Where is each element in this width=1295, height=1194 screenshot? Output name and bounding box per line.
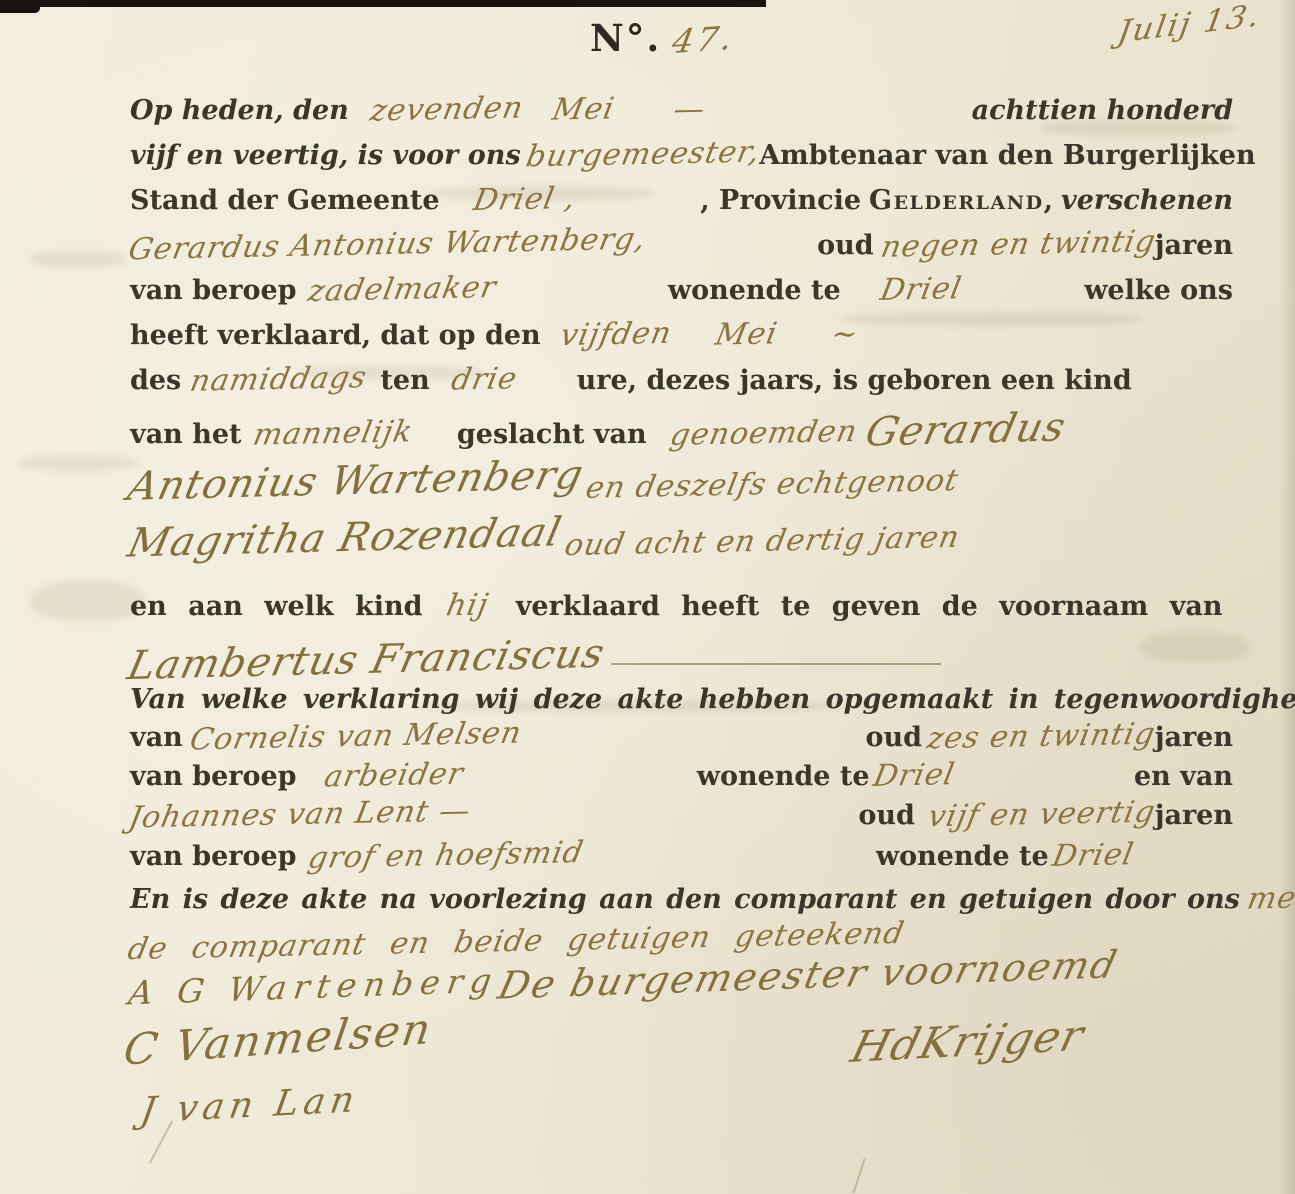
printed-text: en aan welk kind: [130, 591, 423, 622]
signature-registrar: HdKrijger: [846, 1011, 1089, 1073]
document-line: van beroepzadelmakerwonende teDrielwelke…: [130, 272, 1233, 317]
signature-witness-2: J van Lan: [138, 1079, 363, 1131]
signature-block: A G Wartenberg De burgemeester voornoemd…: [130, 965, 1255, 1191]
document-line: Antonius Wartenbergen deszelfs echtgenoo…: [130, 458, 1233, 503]
document-line: Lambertus Franciscus: [130, 637, 1233, 682]
handwritten-text: Driel ,: [470, 181, 579, 218]
printed-text: Stand der Gemeente: [130, 185, 440, 216]
bleed-through-mark: [30, 580, 145, 622]
handwritten-text: zes en twintig: [924, 717, 1158, 757]
bleed-through-mark: [30, 250, 125, 268]
document-line: Johannes van Lent —oudvijf en veertigjar…: [130, 797, 1233, 842]
document-line: Op heden, denzevendenMei—achttien honder…: [130, 92, 1233, 137]
handwritten-text: arbeider: [321, 757, 466, 795]
document-line: van hetmannelijkgeslacht vangenoemdenGer…: [130, 407, 1233, 452]
handwritten-text: Antonius Wartenberg: [123, 452, 588, 510]
printed-text: jaren: [1155, 230, 1233, 261]
bleed-through-mark: [18, 455, 138, 471]
printed-text: verklaard heeft te geven de voornaam van: [516, 591, 1223, 622]
document-body: Op heden, denzevendenMei—achttien honder…: [130, 78, 1233, 969]
handwritten-text: Driel: [870, 757, 957, 794]
printed-text: ,: [1044, 185, 1053, 216]
handwritten-text: Driel: [1049, 837, 1136, 874]
scan-edge-artifact: [0, 0, 766, 7]
document-line: van beroepgrof en hoefsmidwonende teDrie…: [130, 838, 1233, 883]
ink-rule: [611, 663, 941, 665]
printed-text: ure, dezes jaars, is geboren een kind: [577, 365, 1132, 396]
signature-declarant: A G Wartenberg: [126, 961, 501, 1013]
printed-text: Van welke verklaring wij deze akte hebbe…: [130, 684, 1295, 715]
printed-text: vijf en veertig, is voor ons: [130, 140, 521, 171]
handwritten-text: burgemeester,: [523, 135, 763, 175]
handwritten-text: Cornelis van Melsen: [187, 716, 525, 758]
printed-text: oud: [866, 722, 923, 753]
printed-text: , Provincie: [700, 185, 861, 216]
printed-text: verschenen: [1061, 185, 1233, 216]
handwritten-text: hij: [443, 588, 491, 624]
margin-date-annotation: Julij 13.: [1115, 0, 1264, 50]
handwritten-text: Mei: [549, 91, 617, 127]
handwritten-text: namiddags: [188, 360, 371, 399]
handwritten-text: ~: [829, 317, 862, 353]
handwritten-text: en deszelfs echtgenoot: [583, 463, 962, 506]
handwritten-text: zadelmaker: [305, 270, 499, 309]
handwritten-text: Gerardus Antonius Wartenberg,: [126, 222, 650, 268]
handwritten-text: Johannes van Lent —: [126, 793, 474, 835]
handwritten-text: vijf en veertig: [925, 795, 1158, 835]
document-line: desnamiddagstendrieure, dezes jaars, is …: [130, 362, 1233, 407]
printed-text: en van: [1134, 761, 1233, 792]
page-gutter-shadow: [1279, 0, 1295, 1194]
handwritten-text: Gerardus: [861, 404, 1070, 455]
document-line: en aan welk kindhijverklaard heeft te ge…: [130, 588, 1233, 633]
document-line: heeft verklaard, dat op denvijfdenMei~: [130, 317, 1233, 362]
handwritten-text: oud acht en dertig jaren: [561, 520, 962, 563]
printed-text: ten: [380, 365, 429, 396]
document-line: En is deze akte na voorlezing aan den co…: [130, 881, 1233, 926]
handwritten-text: zevenden: [367, 90, 526, 128]
handwritten-text: —: [670, 92, 708, 128]
printed-text: jaren: [1155, 722, 1233, 753]
document-line: Gerardus Antonius Wartenberg,oudnegen en…: [130, 227, 1233, 272]
handwritten-text: genoemden: [667, 414, 860, 453]
document-line: Stand der GemeenteDriel ,, ProvincieGeld…: [130, 182, 1233, 227]
printed-text: oud: [858, 800, 915, 831]
handwritten-text: negen en twintig: [878, 224, 1159, 265]
handwritten-text: vijfden: [557, 316, 674, 353]
printed-text: heeft verklaard, dat op den: [130, 320, 541, 351]
document-line: Magritha Rozendaaloud acht en dertig jar…: [130, 515, 1233, 560]
printed-text: wonende te: [876, 841, 1049, 872]
printed-text: wonende te: [668, 275, 841, 306]
printed-text: van beroep: [130, 275, 297, 306]
printed-text: Gelderland: [869, 185, 1044, 216]
handwritten-text: Magritha Rozendaal: [124, 509, 566, 566]
printed-text: geslacht van: [457, 419, 647, 450]
handwritten-text: drie: [448, 361, 520, 397]
handwritten-text: grof en hoefsmid: [305, 835, 587, 876]
document-number: N°.47.: [590, 16, 735, 60]
printed-text: van het: [130, 419, 242, 450]
printed-text: En is deze akte na voorlezing aan den co…: [130, 884, 1240, 915]
printed-text: Ambtenaar van den Burgerlijken: [759, 140, 1255, 171]
signature-witness-1: C Vanmelsen: [121, 1004, 436, 1075]
handwritten-text: mannelijk: [250, 414, 416, 452]
scan-edge-artifact: [0, 0, 40, 13]
printed-text: welke ons: [1084, 275, 1233, 306]
handwritten-text: met: [1244, 880, 1295, 916]
handwritten-text: Mei: [712, 316, 780, 352]
printed-text: achttien honderd: [972, 95, 1233, 126]
birth-certificate-scan: N°.47. Julij 13. Op heden, denzevendenMe…: [0, 0, 1295, 1194]
handwritten-text: Lambertus Franciscus: [123, 631, 609, 689]
document-line: vijf en veertig, is voor onsburgemeester…: [130, 137, 1233, 182]
document-number-value: 47.: [669, 18, 738, 61]
printed-text: oud: [817, 230, 874, 261]
handwritten-text: Driel: [877, 271, 964, 308]
printed-text: des: [130, 365, 181, 396]
printed-text: van: [130, 722, 183, 753]
printed-text: van beroep: [130, 841, 297, 872]
printed-text: wonende te: [697, 761, 870, 792]
printed-text: jaren: [1155, 800, 1233, 831]
printed-text: Op heden, den: [130, 95, 349, 126]
printed-text: van beroep: [130, 761, 297, 792]
document-number-label: N°.: [590, 16, 661, 60]
